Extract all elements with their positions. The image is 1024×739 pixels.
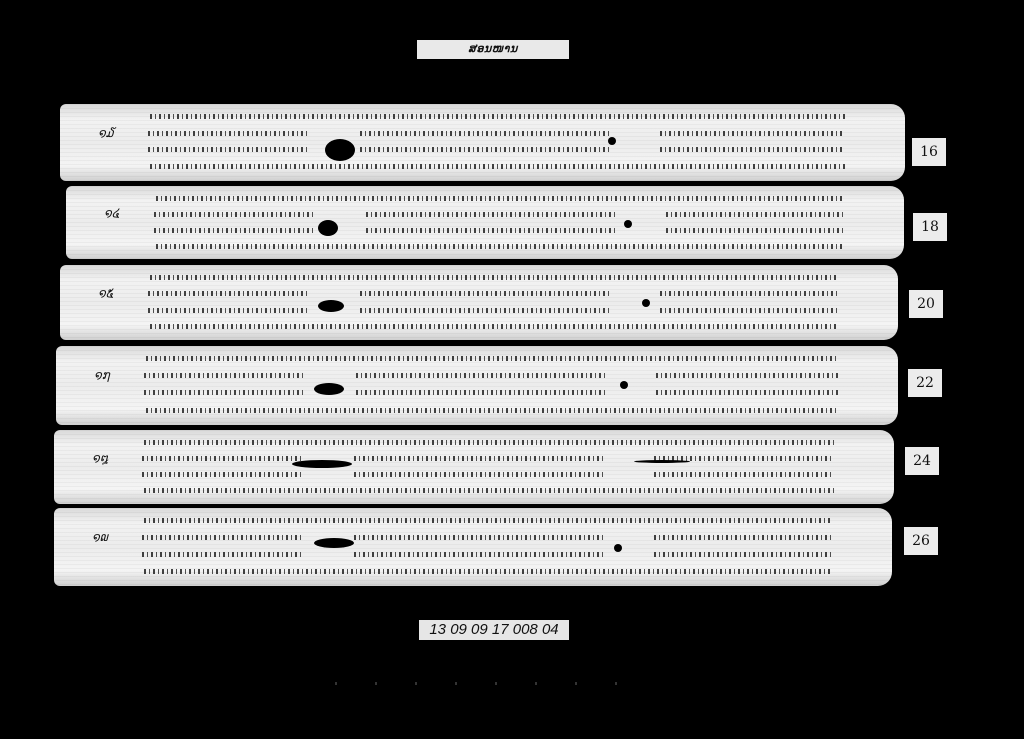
manuscript-text-line (148, 131, 308, 136)
page-number-label: 26 (904, 527, 938, 555)
manuscript-text-line (360, 147, 610, 152)
manuscript-title-label: ສອນໜານ (417, 40, 569, 59)
manuscript-text-line (666, 212, 844, 217)
binding-hole (318, 300, 344, 312)
manuscript-text-line (142, 535, 302, 540)
manuscript-text-line (142, 472, 302, 477)
binding-hole (292, 460, 352, 468)
manuscript-text-line (144, 390, 304, 395)
manuscript-text-line (144, 518, 832, 523)
manuscript-text-line (656, 373, 838, 378)
binding-hole (314, 538, 354, 548)
manuscript-text-line (654, 472, 834, 477)
manuscript-text-line (154, 212, 314, 217)
palm-leaf: ໑໔ (66, 186, 904, 259)
page-number-label: 16 (912, 138, 946, 166)
binding-hole (614, 544, 622, 552)
page-number-label: 24 (905, 447, 939, 475)
manuscript-text-line (150, 114, 845, 119)
manuscript-text-line (354, 552, 604, 557)
manuscript-text-line (354, 535, 604, 540)
leaf-folio-number: ໑໓ (98, 126, 114, 140)
leaf-folio-number: ໑໗ (94, 368, 110, 382)
page-number-label: 20 (909, 290, 943, 318)
manuscript-text-line (150, 324, 838, 329)
manuscript-text-line (660, 291, 838, 296)
manuscript-text-line (154, 228, 314, 233)
manuscript-text-line (148, 291, 308, 296)
binding-hole (642, 299, 650, 307)
scan-artifact (320, 682, 620, 685)
page-number-label: 18 (913, 213, 947, 241)
catalog-number-label: 13 09 09 17 008 04 (419, 620, 569, 640)
binding-hole (634, 460, 690, 463)
manuscript-text-line (144, 440, 834, 445)
manuscript-text-line (356, 373, 606, 378)
binding-hole (608, 137, 616, 145)
manuscript-text-line (660, 147, 845, 152)
palm-leaf: ໑໕ (60, 265, 898, 340)
page-number-label: 22 (908, 369, 942, 397)
palm-leaf: ໑໘ (54, 430, 894, 504)
manuscript-text-line (366, 228, 616, 233)
manuscript-text-line (366, 212, 616, 217)
manuscript-text-line (156, 196, 844, 201)
manuscript-text-line (356, 390, 606, 395)
binding-hole (314, 383, 344, 395)
manuscript-text-line (360, 131, 610, 136)
binding-hole (620, 381, 628, 389)
manuscript-text-line (654, 535, 832, 540)
manuscript-text-line (142, 456, 302, 461)
leaf-folio-number: ໑໕ (98, 286, 113, 300)
manuscript-text-line (360, 291, 610, 296)
leaf-folio-number: ໑໘ (92, 451, 108, 465)
manuscript-text-line (654, 552, 832, 557)
manuscript-text-line (156, 244, 844, 249)
manuscript-text-line (656, 390, 838, 395)
manuscript-text-line (354, 472, 604, 477)
manuscript-text-line (660, 308, 838, 313)
manuscript-text-line (148, 308, 308, 313)
manuscript-text-line (146, 408, 838, 413)
manuscript-text-line (144, 488, 834, 493)
manuscript-text-line (144, 569, 832, 574)
manuscript-text-line (150, 275, 838, 280)
palm-leaf: ໑໓ (60, 104, 905, 181)
manuscript-text-line (360, 308, 610, 313)
manuscript-text-line (144, 373, 304, 378)
manuscript-text-line (150, 164, 845, 169)
manuscript-text-line (660, 131, 845, 136)
binding-hole (325, 139, 355, 161)
manuscript-text-line (354, 456, 604, 461)
binding-hole (318, 220, 338, 236)
leaf-folio-number: ໑໙ (92, 530, 108, 544)
binding-hole (624, 220, 632, 228)
manuscript-text-line (148, 147, 308, 152)
manuscript-text-line (142, 552, 302, 557)
leaf-folio-number: ໑໔ (104, 206, 119, 220)
manuscript-text-line (146, 356, 838, 361)
palm-leaf: ໑໗ (56, 346, 898, 425)
manuscript-text-line (666, 228, 844, 233)
palm-leaf: ໑໙ (54, 508, 892, 586)
